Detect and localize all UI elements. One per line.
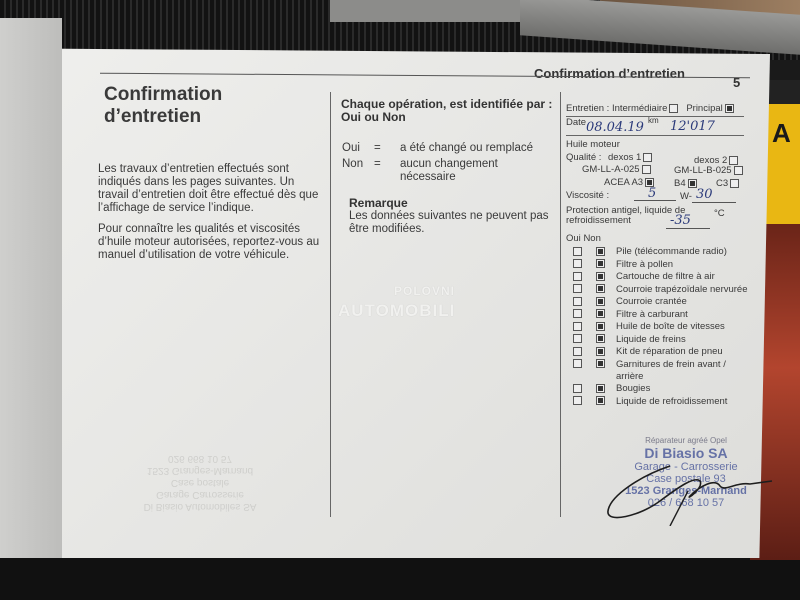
- oui-checkbox[interactable]: [573, 396, 582, 405]
- non-checkbox[interactable]: [596, 309, 605, 318]
- non-checkbox[interactable]: [596, 322, 605, 331]
- item-non-cell: [591, 246, 608, 258]
- yes-no-header: Oui Non: [566, 233, 744, 244]
- column-divider: [560, 92, 561, 517]
- intro-paragraph: Pour connaître les qualités et viscosité…: [98, 223, 323, 262]
- watermark-line: AUTOMOBILI: [338, 301, 455, 320]
- item-label: Courroie crantée: [616, 296, 748, 308]
- item-non-cell: [591, 346, 608, 358]
- running-title: Confirmation d’entretien: [534, 66, 685, 81]
- quality-gm-ll-a: GM-LL-A-025: [582, 164, 651, 175]
- principal-label: Principal: [686, 103, 722, 114]
- date-value: 08.04.19: [586, 120, 644, 135]
- date-row: Date 08.04.19 km 12'017: [566, 117, 744, 136]
- signature: [600, 456, 780, 526]
- stamp-bleed-through: Di Biasio Automobiles SA Garage Carrosse…: [110, 452, 290, 512]
- item-oui-cell: [568, 259, 585, 271]
- maintenance-item: Pile (télécommande radio): [568, 246, 748, 258]
- item-non-cell: [591, 321, 608, 333]
- oil-quality-grid: Qualité : dexos 1 dexos 2 GM-LL-A-025 GM…: [566, 152, 744, 190]
- maintenance-item: Cartouche de filtre à air: [568, 271, 748, 283]
- remark-title: Remarque: [349, 196, 408, 210]
- title-line: Confirmation: [104, 84, 222, 106]
- date-label: Date: [566, 117, 586, 128]
- legend-row: Oui = a été changé ou remplacé: [342, 142, 550, 155]
- item-non-cell: [591, 396, 608, 408]
- oui-checkbox[interactable]: [573, 284, 582, 293]
- item-label: Filtre à pollen: [616, 259, 748, 271]
- item-label: Huile de boîte de vitesses: [616, 321, 748, 333]
- item-non-cell: [591, 259, 608, 271]
- item-non-cell: [591, 296, 608, 308]
- legend-row: Non = aucun changement nécessaire: [342, 158, 550, 184]
- dexos2-checkbox[interactable]: [729, 156, 738, 165]
- viscosity-w-label: W-: [680, 191, 692, 202]
- engine-oil-label: Huile moteur: [566, 139, 744, 150]
- quality-dexos1: dexos 1: [608, 152, 652, 163]
- item-oui-cell: [568, 321, 585, 333]
- maintenance-item: Courroie trapézoïdale nervurée: [568, 284, 748, 296]
- maintenance-item: Courroie crantée: [568, 296, 748, 308]
- quality-acea-a3: ACEA A3: [604, 177, 654, 188]
- antifreeze-line: [666, 228, 710, 229]
- item-label: Bougies: [616, 383, 748, 395]
- item-oui-cell: [568, 309, 585, 321]
- viscosity-w-value: 30: [696, 187, 713, 202]
- intro-paragraph: Les travaux d’entretien effectués sont i…: [98, 163, 323, 215]
- service-type-label: Entretien : Intermédiaire: [566, 103, 667, 114]
- facing-page: [0, 18, 62, 558]
- title-line: d’entretien: [104, 106, 222, 128]
- item-oui-cell: [568, 334, 585, 346]
- non-checkbox[interactable]: [596, 247, 605, 256]
- maintenance-item: Filtre à pollen: [568, 259, 748, 271]
- quality-c3: C3: [716, 178, 739, 189]
- item-oui-cell: [568, 296, 585, 308]
- principal-checkbox[interactable]: [725, 104, 734, 113]
- intro-text: Les travaux d’entretien effectués sont i…: [98, 163, 323, 270]
- quality-label: Qualité :: [566, 152, 601, 163]
- item-label: Garnitures de frein avant / arrière: [616, 359, 748, 383]
- item-non-cell: [591, 309, 608, 321]
- maintenance-item: Garnitures de frein avant / arrière: [568, 359, 748, 383]
- oui-checkbox[interactable]: [573, 334, 582, 343]
- quality-b4: B4: [674, 178, 697, 189]
- antifreeze-value: -35: [670, 213, 691, 228]
- dexos1-checkbox[interactable]: [643, 153, 652, 162]
- viscosity-label: Viscosité :: [566, 190, 609, 201]
- item-oui-cell: [568, 271, 585, 283]
- item-non-cell: [591, 334, 608, 346]
- maintenance-item: Filtre à carburant: [568, 309, 748, 321]
- item-oui-cell: [568, 284, 585, 296]
- item-non-cell: [591, 383, 608, 395]
- oui-checkbox[interactable]: [573, 309, 582, 318]
- item-label: Pile (télécommande radio): [616, 246, 748, 258]
- maintenance-item: Kit de réparation de pneu: [568, 346, 748, 358]
- item-label: Liquide de freins: [616, 334, 748, 346]
- maintenance-items-list: Pile (télécommande radio)Filtre à pollen…: [568, 246, 748, 408]
- oui-checkbox[interactable]: [573, 247, 582, 256]
- oui-column-header: Oui: [566, 233, 581, 244]
- non-column-header: Non: [583, 233, 600, 244]
- non-checkbox[interactable]: [596, 347, 605, 356]
- legend-value: aucun changement nécessaire: [400, 158, 550, 184]
- stamp-line: Réparateur agréé Opel: [606, 436, 766, 445]
- non-checkbox[interactable]: [596, 284, 605, 293]
- maintenance-item: Bougies: [568, 383, 748, 395]
- antifreeze-unit: °C: [714, 208, 725, 219]
- legend-key: Non: [342, 158, 374, 184]
- maintenance-item: Liquide de freins: [568, 334, 748, 346]
- non-checkbox[interactable]: [596, 359, 605, 368]
- non-checkbox[interactable]: [596, 272, 605, 281]
- oui-checkbox[interactable]: [573, 322, 582, 331]
- item-label: Liquide de refroidissement: [616, 396, 748, 408]
- item-non-cell: [591, 359, 608, 383]
- antifreeze-row: Protection antigel, liquide de refroidis…: [566, 206, 744, 232]
- item-oui-cell: [568, 359, 585, 383]
- item-label: Kit de réparation de pneu: [616, 346, 748, 358]
- non-checkbox[interactable]: [596, 297, 605, 306]
- item-non-cell: [591, 271, 608, 283]
- km-value: 12'017: [670, 119, 715, 134]
- watermark-line: POLOVNI: [338, 282, 455, 301]
- intermediate-checkbox[interactable]: [669, 104, 678, 113]
- oui-checkbox[interactable]: [573, 359, 582, 368]
- column-divider: [330, 92, 331, 517]
- non-checkbox[interactable]: [596, 384, 605, 393]
- background-object: [330, 0, 530, 22]
- remark-text: Les données suivantes ne peuvent pas êtr…: [349, 210, 549, 236]
- c3-checkbox[interactable]: [730, 179, 739, 188]
- identification-heading: Chaque opération, est identifiée par : O…: [341, 98, 556, 124]
- service-form: Entretien : Intermédiaire Principal Date…: [566, 103, 744, 244]
- oui-non-legend: Oui = a été changé ou remplacé Non = auc…: [342, 142, 550, 187]
- oui-checkbox[interactable]: [573, 272, 582, 281]
- item-oui-cell: [568, 346, 585, 358]
- item-oui-cell: [568, 246, 585, 258]
- viscosity-value: 5: [648, 186, 656, 201]
- maintenance-item: Huile de boîte de vitesses: [568, 321, 748, 333]
- non-checkbox[interactable]: [596, 259, 605, 268]
- viscosity-row: Viscosité : 5 W- 30: [566, 190, 744, 206]
- item-label: Filtre à carburant: [616, 309, 748, 321]
- item-oui-cell: [568, 383, 585, 395]
- item-oui-cell: [568, 396, 585, 408]
- page-title: Confirmation d’entretien: [104, 84, 222, 128]
- maintenance-item: Liquide de refroidissement: [568, 396, 748, 408]
- oui-checkbox[interactable]: [573, 259, 582, 268]
- viscosity-w-line: [692, 202, 736, 203]
- legend-eq: =: [374, 142, 400, 155]
- quality-gm-ll-b: GM-LL-B-025: [674, 165, 743, 176]
- oui-checkbox[interactable]: [573, 347, 582, 356]
- service-type-row: Entretien : Intermédiaire Principal: [566, 103, 744, 117]
- legend-eq: =: [374, 158, 400, 184]
- legend-value: a été changé ou remplacé: [400, 142, 550, 155]
- item-label: Cartouche de filtre à air: [616, 271, 748, 283]
- cover-letter: A: [772, 118, 791, 149]
- item-label: Courroie trapézoïdale nervurée: [616, 284, 748, 296]
- legend-key: Oui: [342, 142, 374, 155]
- gm-ll-b-025-checkbox[interactable]: [734, 166, 743, 175]
- km-label: km: [648, 116, 659, 125]
- non-checkbox[interactable]: [596, 334, 605, 343]
- oui-checkbox[interactable]: [573, 297, 582, 306]
- non-checkbox[interactable]: [596, 396, 605, 405]
- gm-ll-a-025-checkbox[interactable]: [642, 165, 651, 174]
- item-non-cell: [591, 284, 608, 296]
- watermark: POLOVNI AUTOMOBILI: [338, 282, 455, 320]
- oui-checkbox[interactable]: [573, 384, 582, 393]
